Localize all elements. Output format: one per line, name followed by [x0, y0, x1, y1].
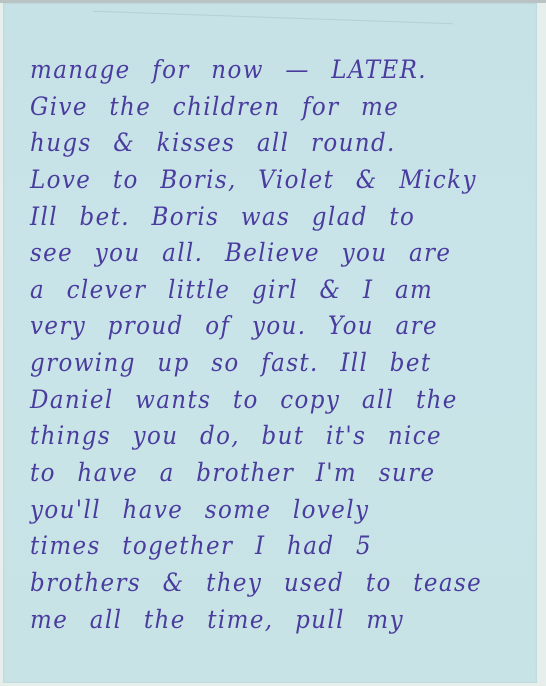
letter-line: to have a brother I'm sure: [30, 456, 490, 490]
letter-line: a clever little girl & I am: [30, 273, 490, 307]
letter-line: Daniel wants to copy all the: [30, 383, 490, 417]
letter-line: brothers & they used to tease: [30, 566, 490, 600]
letter-line: manage for now — LATER.: [30, 53, 490, 87]
letter-line: hugs & kisses all round.: [30, 126, 490, 160]
letter-line: see you all. Believe you are: [30, 236, 490, 270]
letter-line: you'll have some lovely: [30, 493, 490, 527]
letter-line: Give the children for me: [30, 90, 490, 124]
letter-paper: manage for now — LATER. Give the childre…: [3, 3, 537, 683]
letter-line: times together I had 5: [30, 529, 490, 563]
letter-line: me all the time, pull my: [30, 603, 490, 637]
scanned-letter: manage for now — LATER. Give the childre…: [0, 0, 546, 686]
letter-line: Love to Boris, Violet & Micky: [30, 163, 490, 197]
letter-line: things you do, but it's nice: [30, 419, 490, 453]
letter-line: Ill bet. Boris was glad to: [30, 200, 490, 234]
letter-line: very proud of you. You are: [30, 309, 490, 343]
letter-line: growing up so fast. Ill bet: [30, 346, 490, 380]
letter-body: manage for now — LATER. Give the childre…: [3, 3, 537, 683]
